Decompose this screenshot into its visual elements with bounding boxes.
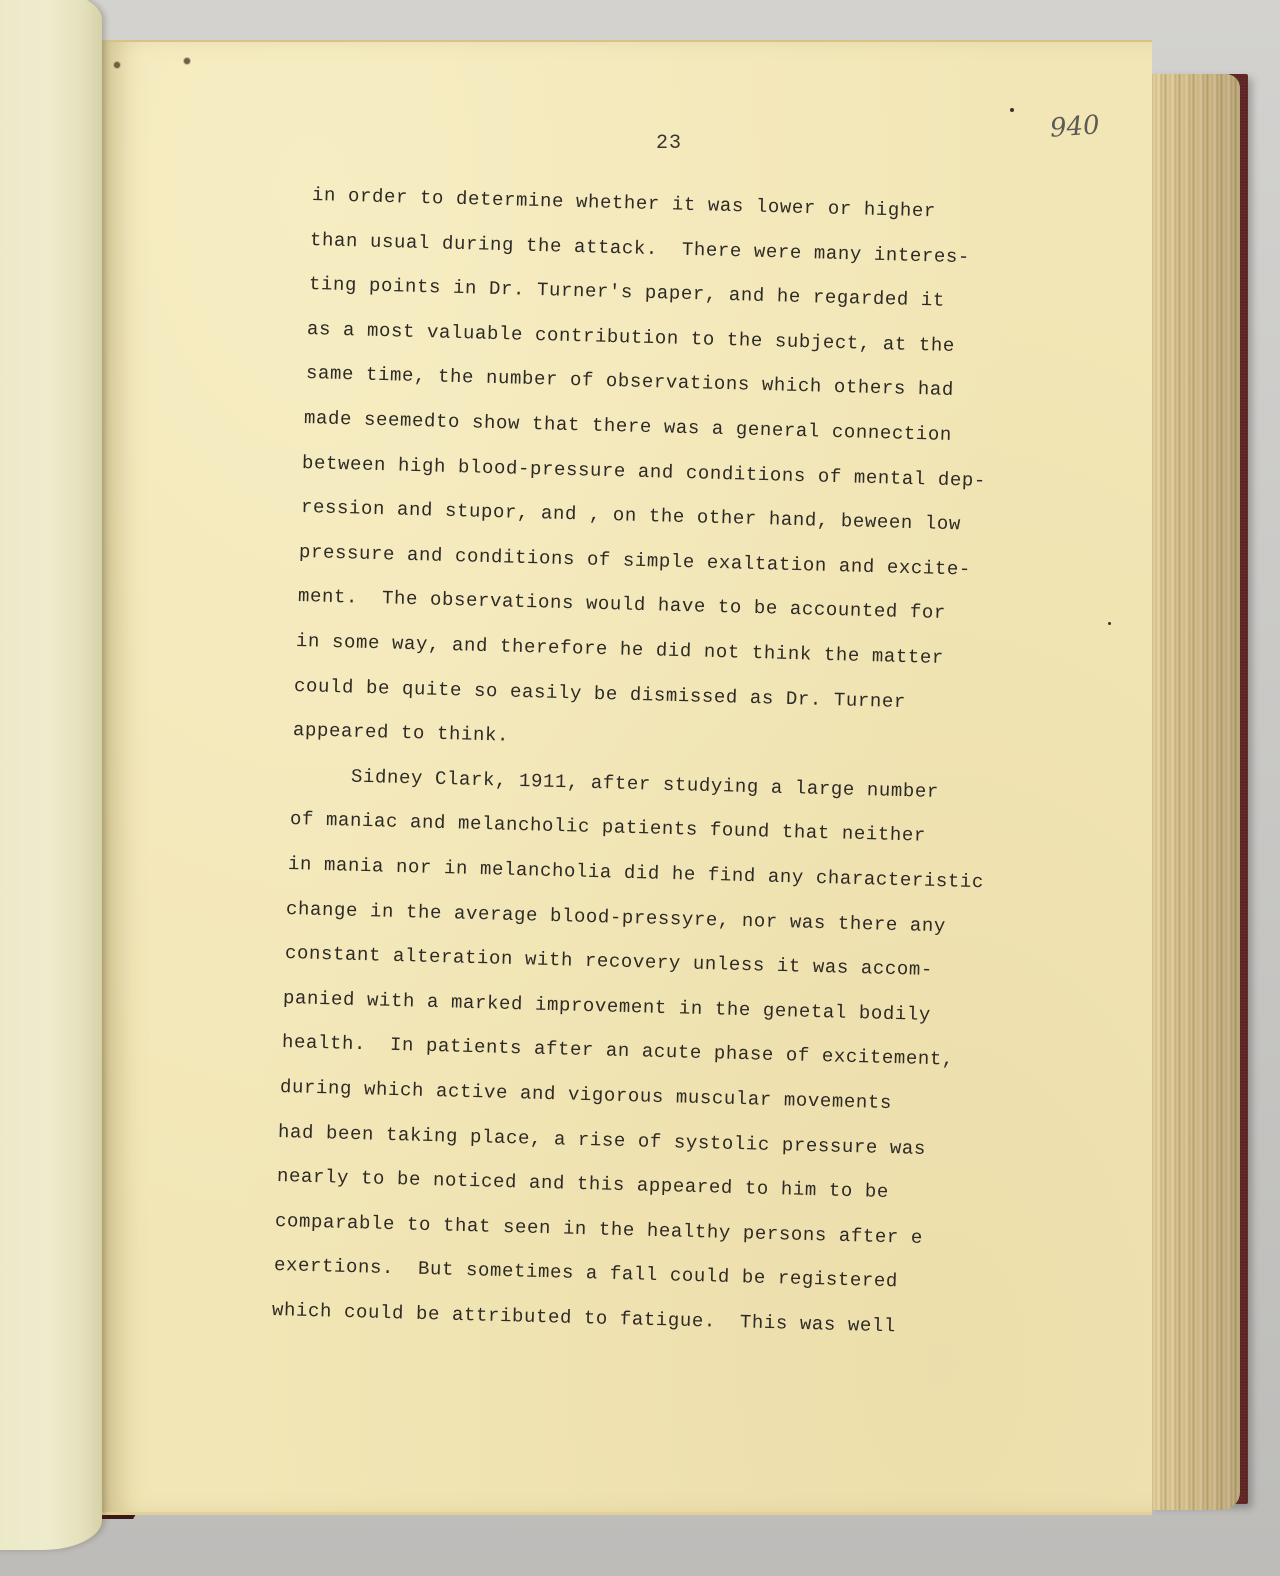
page-edges-shading <box>1140 74 1240 1510</box>
binding-hole <box>184 58 190 64</box>
handwritten-folio-number: 940 <box>1049 110 1101 143</box>
left-page-curl <box>0 0 102 1550</box>
ink-speck <box>1010 108 1014 112</box>
ink-speck <box>1108 622 1111 625</box>
binding-hole <box>114 62 120 68</box>
page-number: 23 <box>656 132 682 155</box>
